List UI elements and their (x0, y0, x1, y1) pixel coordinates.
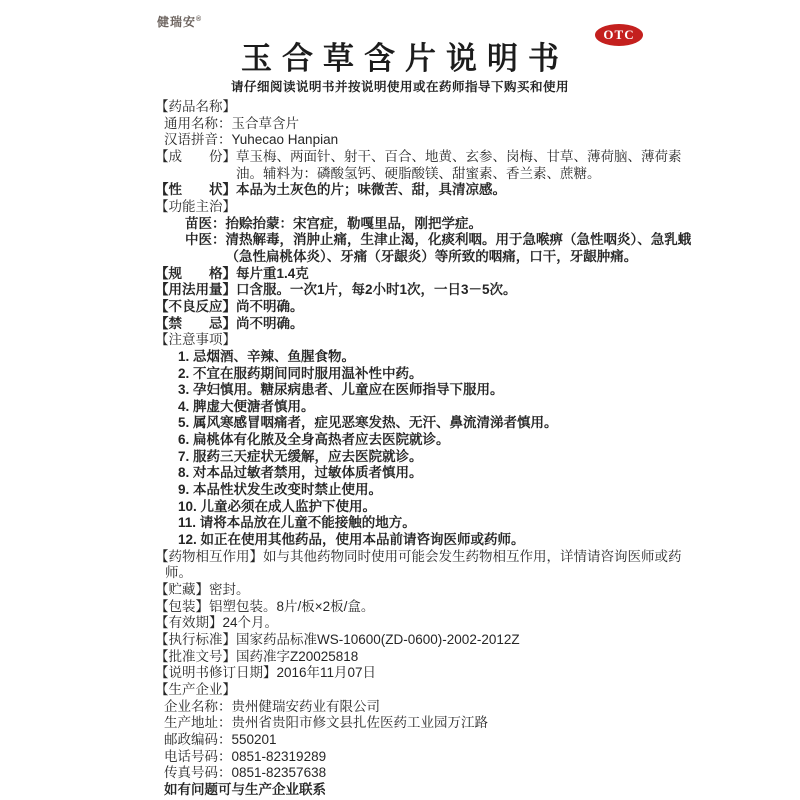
note-5: 5. 属风寒感冒咽痛者，症见恶寒发热、无汗、鼻流清涕者慎用。 (155, 415, 695, 432)
section-manufacturer-label: 【生产企业】 (155, 682, 236, 697)
section-storage-label: 【贮藏】 (155, 582, 209, 597)
section-storage-text: 密封。 (209, 582, 250, 597)
note-3-text: 3. 孕妇慎用。糖尿病患者、儿童应在医师指导下服用。 (178, 382, 504, 397)
section-contraindication-label: 【禁 忌】 (155, 316, 236, 331)
section-standard-text: 国家药品标准WS-10600(ZD-0600)-2002-2012Z (236, 632, 520, 647)
note-9: 9. 本品性状发生改变时禁止使用。 (155, 482, 695, 499)
company-name: 企业名称：贵州健瑞安药业有限公司 (155, 699, 695, 716)
section-description: 【性 状】本品为土灰色的片；味微苦、甜，具清凉感。 (155, 182, 695, 199)
brand-logo: 健瑞安® (157, 13, 202, 30)
section-packaging-text: 铝塑包装。8片/板×2板/盒。 (209, 599, 374, 614)
section-dosage-label: 【用法用量】 (155, 282, 236, 297)
chinese-medicine-line: 中医：清热解毒，消肿止痛，生津止渴，化痰利咽。用于急喉痹（急性咽炎）、急乳蛾（急… (155, 232, 695, 265)
section-validity: 【有效期】24个月。 (155, 615, 695, 632)
section-ingredients-text: 草玉梅、两面针、射干、百合、地黄、玄参、岗梅、甘草、薄荷脑、薄荷素油。辅料为：磷… (236, 149, 682, 181)
section-revision-date-label: 【说明书修订日期】 (155, 665, 277, 680)
section-dosage-text: 口含服。一次1片，每2小时1次，一日3－5次。 (236, 282, 517, 297)
section-interactions: 【药物相互作用】如与其他药物同时使用可能会发生药物相互作用，详情请咨询医师或药师… (155, 549, 695, 582)
section-description-label: 【性 状】 (155, 182, 236, 197)
chinese-medicine-line-text: 清热解毒，消肿止痛，生津止渴，化痰利咽。用于急喉痹（急性咽炎）、急乳蛾（急性扁桃… (226, 232, 692, 264)
section-drug-name: 【药品名称】 (155, 99, 695, 116)
section-adverse-reaction-label: 【不良反应】 (155, 299, 236, 314)
section-ingredients: 【成 份】草玉梅、两面针、射干、百合、地黄、玄参、岗梅、甘草、薄荷脑、薄荷素油。… (155, 149, 695, 182)
note-12: 12. 如正在使用其他药品，使用本品前请咨询医师或药师。 (155, 532, 695, 549)
section-drug-name-label: 【药品名称】 (155, 99, 236, 114)
section-adverse-reaction-text: 尚不明确。 (236, 299, 304, 314)
postal-code-text: 邮政编码：550201 (164, 732, 277, 747)
section-storage: 【贮藏】密封。 (155, 582, 695, 599)
note-7: 7. 服药三天症状无缓解，应去医院就诊。 (155, 449, 695, 466)
section-approval-number-text: 国药准字Z20025818 (236, 649, 358, 664)
section-validity-label: 【有效期】 (155, 615, 223, 630)
contact-note: 如有问题可与生产企业联系 (155, 782, 695, 799)
section-standard-label: 【执行标准】 (155, 632, 236, 647)
section-specification: 【规 格】每片重1.4克 (155, 266, 695, 283)
phone-number: 电话号码：0851-82319289 (155, 749, 695, 766)
leaflet-page: 健瑞安® OTC 玉合草含片说明书 请仔细阅读说明书并按说明使用或在药师指导下购… (0, 0, 800, 800)
note-1: 1. 忌烟酒、辛辣、鱼腥食物。 (155, 349, 695, 366)
leaflet-body: 【药品名称】通用名称：玉合草含片汉语拼音：Yuhecao Hanpian【成 份… (155, 99, 695, 799)
section-validity-text: 24个月。 (223, 615, 279, 630)
section-interactions-label: 【药物相互作用】 (155, 549, 263, 564)
note-11-text: 11. 请将本品放在儿童不能接触的地方。 (178, 515, 416, 530)
section-approval-number-label: 【批准文号】 (155, 649, 236, 664)
section-revision-date: 【说明书修订日期】2016年11月07日 (155, 665, 695, 682)
section-adverse-reaction: 【不良反应】尚不明确。 (155, 299, 695, 316)
note-1-text: 1. 忌烟酒、辛辣、鱼腥食物。 (178, 349, 355, 364)
note-6: 6. 扁桃体有化脓及全身高热者应去医院就诊。 (155, 432, 695, 449)
brand-text: 健瑞安 (157, 15, 196, 29)
section-ingredients-label: 【成 份】 (155, 149, 236, 164)
registered-trademark-icon: ® (196, 16, 202, 23)
leaflet-title: 玉合草含片说明书 (0, 33, 800, 78)
note-6-text: 6. 扁桃体有化脓及全身高热者应去医院就诊。 (178, 432, 450, 447)
chinese-medicine-line-label: 中医： (185, 232, 226, 247)
generic-name: 通用名称：玉合草含片 (155, 116, 695, 133)
company-name-text: 企业名称：贵州健瑞安药业有限公司 (164, 699, 380, 714)
note-4-text: 4. 脾虚大便溏者慎用。 (178, 399, 315, 414)
fax-number: 传真号码：0851-82357638 (155, 765, 695, 782)
section-description-text: 本品为土灰色的片；味微苦、甜，具清凉感。 (236, 182, 506, 197)
phone-number-text: 电话号码：0851-82319289 (164, 749, 326, 764)
contact-note-text: 如有问题可与生产企业联系 (164, 782, 326, 797)
note-8: 8. 对本品过敏者禁用，过敏体质者慎用。 (155, 465, 695, 482)
leaflet-subtitle: 请仔细阅读说明书并按说明使用或在药师指导下购买和使用 (0, 77, 800, 95)
section-manufacturer: 【生产企业】 (155, 682, 695, 699)
note-3: 3. 孕妇慎用。糖尿病患者、儿童应在医师指导下服用。 (155, 382, 695, 399)
section-precautions-label: 【注意事项】 (155, 332, 236, 347)
fax-number-text: 传真号码：0851-82357638 (164, 765, 326, 780)
pinyin-name: 汉语拼音：Yuhecao Hanpian (155, 132, 695, 149)
note-7-text: 7. 服药三天症状无缓解，应去医院就诊。 (178, 449, 423, 464)
section-approval-number: 【批准文号】国药准字Z20025818 (155, 649, 695, 666)
miao-medicine-line-label: 苗医： (185, 216, 226, 231)
note-2-text: 2. 不宜在服药期间同时服用温补性中药。 (178, 366, 423, 381)
pinyin-name-text: 汉语拼音：Yuhecao Hanpian (164, 132, 338, 147)
miao-medicine-line: 苗医：抬赊抬蒙：宋宫症，勒嘎里品，刚把学症。 (155, 216, 695, 233)
note-2: 2. 不宜在服药期间同时服用温补性中药。 (155, 366, 695, 383)
generic-name-text: 通用名称：玉合草含片 (164, 116, 299, 131)
section-packaging-label: 【包装】 (155, 599, 209, 614)
section-contraindication: 【禁 忌】尚不明确。 (155, 316, 695, 333)
note-9-text: 9. 本品性状发生改变时禁止使用。 (178, 482, 382, 497)
section-standard: 【执行标准】国家药品标准WS-10600(ZD-0600)-2002-2012Z (155, 632, 695, 649)
section-functions: 【功能主治】 (155, 199, 695, 216)
company-address-text: 生产地址：贵州省贵阳市修文县扎佐医药工业园万江路 (164, 715, 488, 730)
note-12-text: 12. 如正在使用其他药品，使用本品前请咨询医师或药师。 (178, 532, 525, 547)
section-packaging: 【包装】铝塑包装。8片/板×2板/盒。 (155, 599, 695, 616)
postal-code: 邮政编码：550201 (155, 732, 695, 749)
section-specification-label: 【规 格】 (155, 266, 236, 281)
section-contraindication-text: 尚不明确。 (236, 316, 304, 331)
section-revision-date-text: 2016年11月07日 (277, 665, 377, 680)
note-4: 4. 脾虚大便溏者慎用。 (155, 399, 695, 416)
section-functions-label: 【功能主治】 (155, 199, 236, 214)
note-10-text: 10. 儿童必须在成人监护下使用。 (178, 499, 376, 514)
section-specification-text: 每片重1.4克 (236, 266, 309, 281)
note-8-text: 8. 对本品过敏者禁用，过敏体质者慎用。 (178, 465, 423, 480)
company-address: 生产地址：贵州省贵阳市修文县扎佐医药工业园万江路 (155, 715, 695, 732)
note-5-text: 5. 属风寒感冒咽痛者，症见恶寒发热、无汗、鼻流清涕者慎用。 (178, 415, 558, 430)
note-10: 10. 儿童必须在成人监护下使用。 (155, 499, 695, 516)
note-11: 11. 请将本品放在儿童不能接触的地方。 (155, 515, 695, 532)
section-dosage: 【用法用量】口含服。一次1片，每2小时1次，一日3－5次。 (155, 282, 695, 299)
miao-medicine-line-text: 抬赊抬蒙：宋宫症，勒嘎里品，刚把学症。 (226, 216, 483, 231)
section-precautions: 【注意事项】 (155, 332, 695, 349)
